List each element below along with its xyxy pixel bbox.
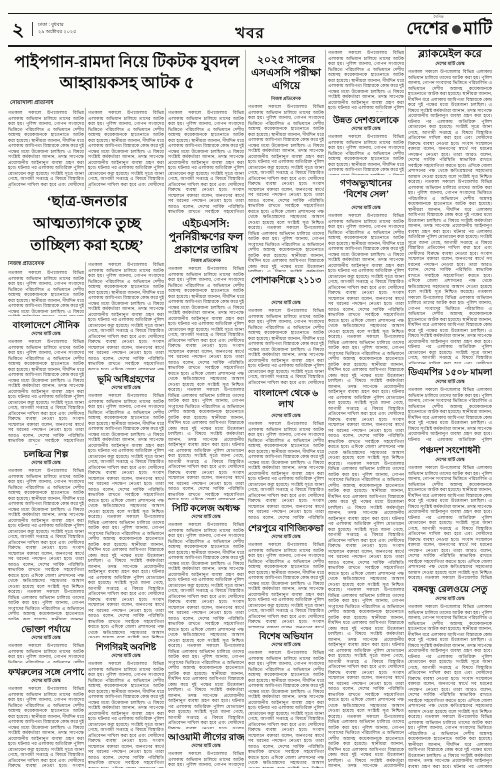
masthead-part1: দেশের: [406, 19, 448, 38]
article-byline: দেশের মাটি ডেস্ক: [8, 635, 84, 641]
column-rule: [85, 262, 86, 768]
article-headline-souni: বাংলাদেশে সৌনিক: [8, 320, 84, 331]
page-number: ২: [12, 19, 24, 43]
article-byline: দেশের মাটি ডেস্ক: [8, 460, 84, 466]
article-headline-unnoto: উন্নত দেশগুলোকে: [328, 115, 404, 126]
article-byline: নিজস্ব প্রতিবেদক: [168, 258, 244, 264]
article-body: গতকাল সকালে উপজেলার বিভিন্ন এলাকায় অভিয…: [408, 604, 492, 768]
article-body: গতকাল সকালে উপজেলার বিভিন্ন এলাকায় অভিয…: [88, 393, 164, 638]
article-headline-cholochitro: চলচ্চিত্র শিল্প: [8, 449, 84, 460]
article-body: গতকাল সকালে উপজেলার বিভিন্ন এলাকায় অভিয…: [408, 387, 492, 442]
column-rule: [245, 50, 246, 768]
article-byline: দেশের মাটি ডেস্ক: [88, 385, 164, 391]
article-byline: দেশের মাটি ডেস্ক: [248, 413, 324, 419]
article-body: গতকাল সকালে উপজেলার বিভিন্ন এলাকায় অভিয…: [408, 465, 492, 580]
article-byline: দেশের মাটি ডেস্ক: [248, 642, 324, 648]
article-byline: দেশের মাটি ডেস্ক: [408, 457, 492, 463]
column-rule: [85, 108, 86, 190]
article-body: গতকাল সকালে উপজেলার বিভিন্ন এলাকায় অভিয…: [8, 110, 84, 188]
article-body: গতকাল সকালে উপজেলার বিভিন্ন এলাকায় অভিয…: [248, 421, 324, 520]
article-body: গতকাল সকালে উপজেলার বিভিন্ন এলাকায় অভিয…: [408, 69, 492, 364]
article-byline-quote: নিজস্ব প্রতিবেদক: [8, 261, 84, 268]
dateline-date: ২৯ অক্টোবর ২০২৫: [38, 29, 108, 36]
article-byline: দেশের মাটি ডেস্ক: [168, 743, 244, 749]
article-byline: দেশের মাটি ডেস্ক: [8, 331, 84, 337]
article-headline-ponchodosh: পঞ্চদশ সংশোধনী: [408, 445, 492, 457]
article-body: গতকাল সকালে উপজেলার বিভিন্ন এলাকায় অভিয…: [328, 50, 404, 112]
article-body: গতকাল সকালে উপজেলার বিভিন্ন এলাকায় অভিয…: [168, 751, 244, 768]
article-body: গতকাল সকালে উপজেলার বিভিন্ন এলাকায় অভিয…: [328, 134, 404, 175]
article-body: গতকাল সকালে উপজেলার বিভিন্ন এলাকায় অভিয…: [168, 110, 244, 214]
article-byline: দেশের মাটি ডেস্ক: [408, 596, 492, 602]
article-body: গতকাল সকালে উপজেলার বিভিন্ন এলাকায় অভিয…: [168, 266, 244, 500]
article-headline-bhokta: ভোক্তা পর্যায়ে: [8, 624, 84, 635]
article-byline: দেশের মাটি ডেস্ক: [408, 61, 492, 67]
article-headline-ssc: ২০২৫ সালের এসএসসি পরীক্ষা এগিয়ে: [248, 54, 324, 94]
article-body: গতকাল সকালে উপজেলার বিভিন্ন এলাকায় অভিয…: [8, 468, 84, 620]
article-body: গতকাল সকালে উপজেলার বিভিন্ন এলাকায় অভিয…: [248, 542, 324, 628]
article-body: গতকাল সকালে উপজেলার বিভিন্ন এলাকায় অভিয…: [88, 661, 164, 768]
article-byline: দেশের মাটি ডেস্ক: [248, 300, 324, 306]
section-title: খবর: [180, 22, 320, 47]
dateline-city-day: ঢাকা : বুধবার: [38, 22, 108, 29]
masthead-name: দেশেরমাটি: [385, 19, 492, 39]
article-headline-bhumi: ভূমি অধিগ্রহণের: [88, 374, 164, 385]
newspaper-page: ২ ঢাকা : বুধবার ২৯ অক্টোবর ২০২৫ খবর দৈনি…: [0, 0, 500, 768]
article-headline-city-college: সিটি কলেজ অধ্যক্ষ: [168, 503, 244, 514]
article-byline: দেশের মাটি ডেস্ক: [408, 379, 492, 385]
article-headline-bridge: বঙ্গবন্ধু রেলওয়ে সেতু: [408, 584, 492, 596]
article-headline-malaysia: বাংলাদেশ থেকে ৬ লাখ: [248, 388, 324, 412]
article-headline-cell: গণঅভ্যুত্থানের ‘বিশেষ সেল’: [328, 178, 404, 204]
article-byline: দেশের মাটি ডেস্ক: [168, 514, 244, 520]
article-body: গতকাল সকালে উপজেলার বিভিন্ন এলাকায় অভিয…: [248, 650, 324, 768]
article-body: গতকাল সকালে উপজেলার বিভিন্ন এলাকায় অভিয…: [168, 522, 244, 729]
article-headline-bishesh: বিশেষ অভিযান: [248, 631, 324, 642]
article-byline-main: নোয়াখালী প্রতিনিধি: [10, 100, 130, 107]
masthead-part2: মাটি: [464, 19, 493, 38]
article-headline-main: পাইপগান-রামদা নিয়ে টিকটক যুবদল আহ্বায়ক…: [10, 52, 244, 96]
masthead: দৈনিক দেশেরমাটি: [385, 14, 492, 39]
article-headline-sherpur: শেরপুরে বাণিজ্যিকভাবে: [248, 523, 324, 534]
article-headline-awami: আওয়ামী লীগের রাজনীতি: [168, 732, 244, 743]
column-rule: [325, 50, 326, 768]
article-byline: দেশের মাটি ডেস্ক: [328, 205, 404, 211]
article-body: গতকাল সকালে উপজেলার বিভিন্ন এলাকায় অভিয…: [8, 686, 84, 768]
article-headline-poshak: পোশাকশিল্পে ২১১৩: [248, 275, 324, 299]
article-body: গতকাল সকালে উপজেলার বিভিন্ন এলাকায় অভিয…: [248, 104, 324, 272]
article-byline: দেশের মাটি ডেস্ক: [8, 678, 84, 684]
article-body: গতকাল সকালে উপজেলার বিভিন্ন এলাকায় অভিয…: [8, 339, 84, 445]
article-headline-shiggir: শিগগিরই অবশিষ্ট: [88, 642, 164, 653]
column-rule: [165, 108, 166, 768]
article-byline: দেশের মাটি ডেস্ক: [88, 653, 164, 659]
column-rule: [405, 47, 406, 768]
article-headline-hsc: এইচএসসি: পুনর্নিরীক্ষণের ফল প্রকাশের তার…: [168, 218, 244, 257]
dateline: ঢাকা : বুধবার ২৯ অক্টোবর ২০২৫: [32, 22, 108, 36]
article-body: গতকাল সকালে উপজেলার বিভিন্ন এলাকায় অভিয…: [88, 110, 164, 188]
article-headline-blackmail: ব্ল্যাকমেইল করে হাতানো: [408, 48, 492, 61]
article-body: গতকাল সকালে উপজেলার বিভিন্ন এলাকায় অভিয…: [88, 262, 164, 370]
article-byline: দেশের মাটি ডেস্ক: [328, 126, 404, 132]
article-body: গতকাল সকালে উপজেলার বিভিন্ন এলাকায় অভিয…: [248, 308, 324, 385]
article-headline-dmp: ডিএমপির ১৫০৮ মামলা: [408, 367, 492, 379]
article-byline: নিজস্ব প্রতিবেদক: [248, 96, 324, 102]
article-byline: দেশের মাটি ডেস্ক: [248, 534, 324, 540]
article-headline-quote: ‘ছাত্র-জনতার আত্মত্যাগকে তুচ্ছ তাচ্ছিল্য…: [12, 191, 162, 257]
article-body: গতকাল সকালে উপজেলার বিভিন্ন এলাকায় অভিয…: [328, 213, 404, 768]
article-body: গতকাল সকালে উপজেলার বিভিন্ন এলাকায় অভিয…: [8, 270, 84, 316]
article-headline-fakhrul: ফখরুলের সঙ্গে নেপালের: [8, 667, 84, 678]
masthead-globe-icon: [452, 25, 461, 34]
article-body: গতকাল সকালে উপজেলার বিভিন্ন এলাকায় অভিয…: [8, 643, 84, 663]
